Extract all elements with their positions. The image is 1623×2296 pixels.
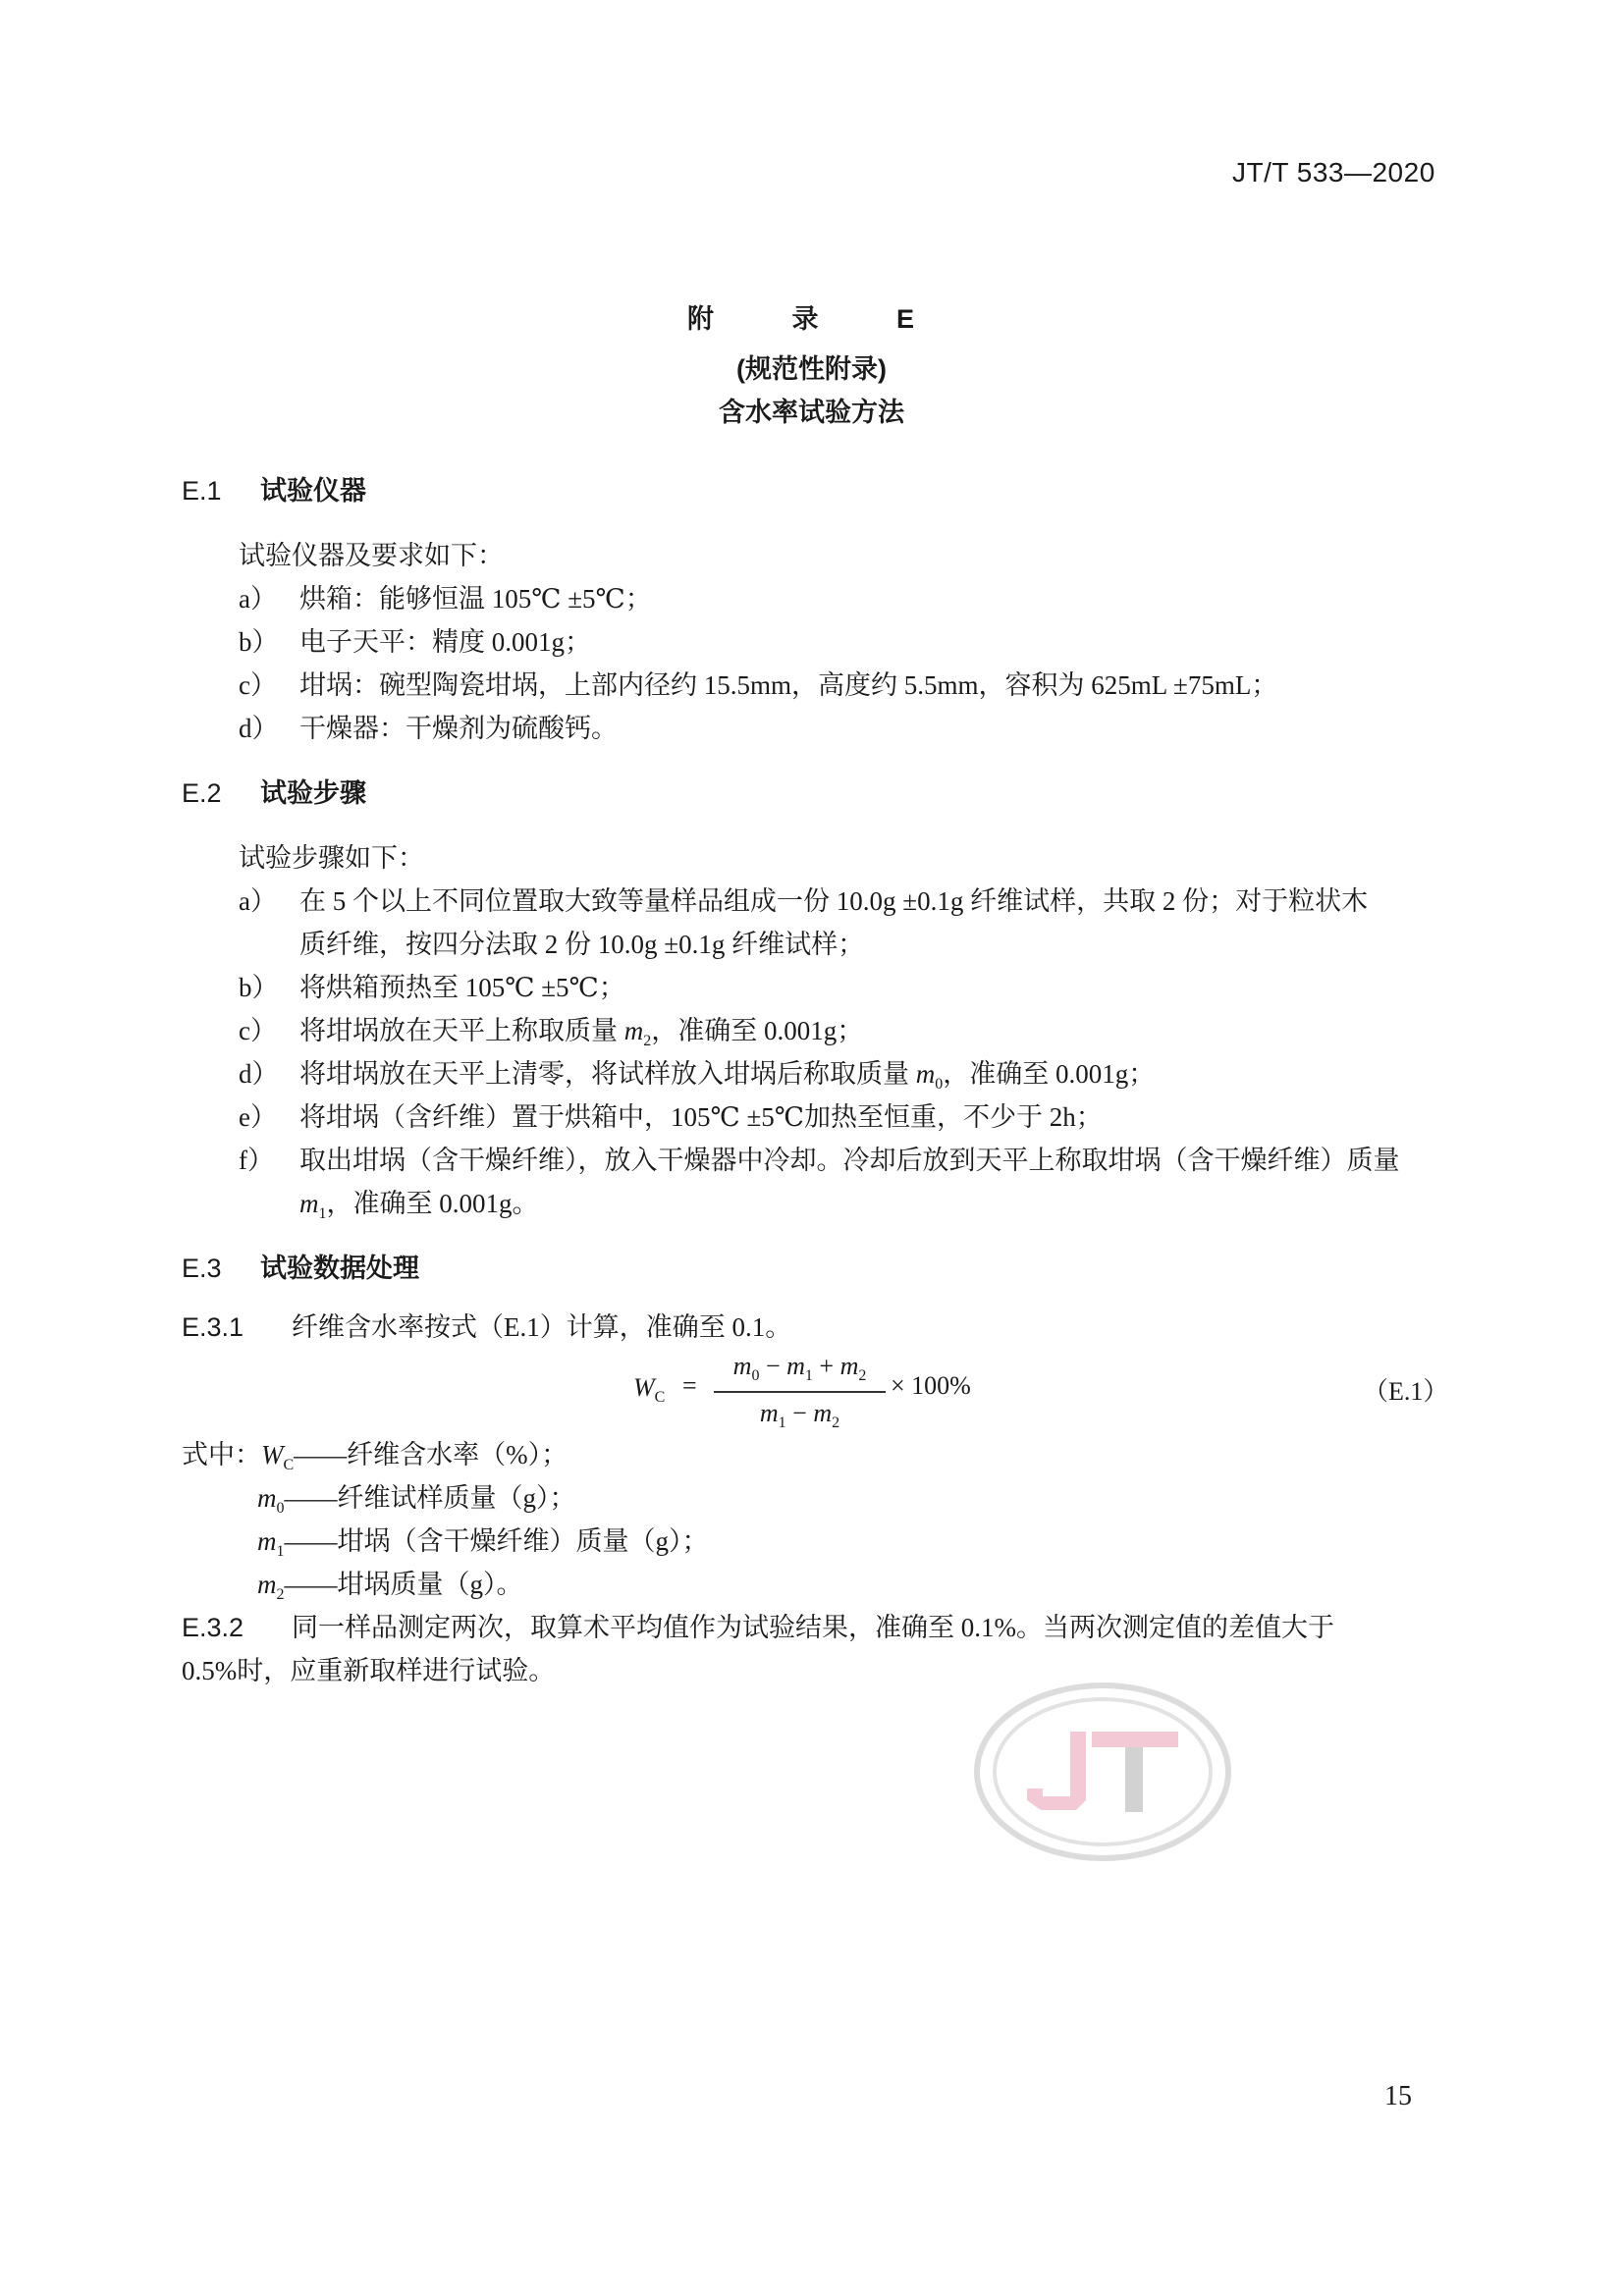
math-variable: W: [261, 1440, 284, 1469]
list-item-label: d）: [239, 707, 279, 745]
page-number: 15: [1384, 2081, 1412, 2112]
math-subscript: 0: [277, 1500, 285, 1517]
formula-fraction: m0 − m1 + m2 m1 − m2: [714, 1352, 886, 1432]
list-item-label: f）: [239, 1139, 274, 1177]
math-subscript: C: [655, 1389, 666, 1406]
list-item-text-continued: m1，准确至 0.001g。: [299, 1182, 539, 1223]
where-description: ——坩埚（含干燥纤维）质量（g）；: [285, 1526, 709, 1556]
where-item: m0——纤维试样质量（g）；: [257, 1476, 576, 1518]
list-item-text: 烘箱：能够恒温 105℃ ±5℃；: [299, 577, 652, 615]
list-item-label: b）: [239, 966, 279, 1004]
list-item-label: a）: [239, 577, 277, 615]
math-variable: m: [257, 1526, 277, 1556]
math-variable: m: [813, 1399, 832, 1427]
formula-multiplier: × 100%: [891, 1371, 971, 1401]
section-heading-e3: E.3试验数据处理: [182, 1247, 419, 1285]
text-segment: 将坩埚放在天平上称取质量: [299, 1016, 624, 1045]
math-operator: −: [786, 1399, 814, 1427]
list-item-text: 坩埚：碗型陶瓷坩埚，上部内径约 15.5mm，高度约 5.5mm，容积为 625…: [299, 664, 1277, 702]
formula-lhs: WC: [633, 1373, 665, 1407]
math-operator: +: [813, 1352, 840, 1380]
list-item-label: b）: [239, 620, 279, 659]
clause-e32: E.3.2同一样品测定两次，取算术平均值作为试验结果，准确至 0.1%。当两次测…: [182, 1606, 1334, 1644]
section-title: 试验数据处理: [260, 1254, 419, 1283]
jt-watermark-logo: [970, 1681, 1235, 1867]
annex-subtitle: (规范性附录): [0, 347, 1623, 386]
section-title: 试验仪器: [260, 476, 366, 506]
math-variable: m: [760, 1399, 779, 1427]
math-subscript: 1: [805, 1367, 813, 1384]
where-description: ——坩埚质量（g）。: [285, 1570, 523, 1599]
math-variable: m: [786, 1352, 805, 1380]
annex-title: 附 录 E: [0, 297, 1623, 336]
where-item: 式中：WC——纤维含水率（%）；: [182, 1433, 568, 1474]
document-page: JT/T 533—2020 附 录 E (规范性附录) 含水率试验方法 E.1试…: [0, 0, 1623, 2296]
formula-number: （E.1）: [1363, 1371, 1448, 1408]
math-variable: m: [299, 1189, 319, 1218]
text-segment: ，准确至 0.001g。: [327, 1189, 539, 1218]
math-variable: m: [916, 1059, 936, 1089]
math-subscript: 1: [319, 1205, 327, 1222]
list-item-text: 电子天平：精度 0.001g；: [299, 620, 591, 659]
math-variable: m: [257, 1483, 277, 1513]
standard-number: JT/T 533—2020: [1232, 157, 1435, 188]
where-prefix: 式中：: [182, 1440, 261, 1469]
section-heading-e2: E.2试验步骤: [182, 772, 366, 810]
math-variable: W: [633, 1373, 655, 1402]
text-segment: ，准确至 0.001g；: [651, 1016, 863, 1045]
list-item-text-continued: 质纤维，按四分法取 2 份 10.0g ±0.1g 纤维试样；: [299, 923, 864, 961]
where-item: m1——坩埚（含干燥纤维）质量（g）；: [257, 1520, 709, 1561]
list-item-label: d）: [239, 1052, 279, 1091]
text-segment: ，准确至 0.001g；: [943, 1059, 1155, 1089]
text-segment: 将坩埚放在天平上清零，将试样放入坩埚后称取质量: [299, 1059, 916, 1089]
clause-e32-continued: 0.5%时，应重新取样进行试验。: [182, 1649, 555, 1687]
math-subscript: 1: [779, 1415, 786, 1431]
formula-numerator: m0 − m1 + m2: [714, 1352, 886, 1385]
clause-text: 同一样品测定两次，取算术平均值作为试验结果，准确至 0.1%。当两次测定值的差值…: [292, 1613, 1334, 1642]
list-item-text: 将坩埚放在天平上清零，将试样放入坩埚后称取质量 m0，准确至 0.001g；: [299, 1052, 1155, 1094]
list-item-label: a）: [239, 880, 277, 918]
math-subscript: 2: [858, 1367, 866, 1384]
list-item-label: e）: [239, 1095, 277, 1134]
section-heading-e1: E.1试验仪器: [182, 469, 366, 507]
section-number: E.2: [182, 778, 260, 809]
fraction-bar: [714, 1391, 886, 1393]
clause-text: 纤维含水率按式（E.1）计算，准确至 0.1。: [292, 1312, 791, 1342]
where-description: ——纤维含水率（%）；: [294, 1440, 568, 1469]
formula-equals: =: [682, 1371, 697, 1401]
section-number: E.3: [182, 1254, 260, 1284]
jt-logo-icon: [970, 1681, 1235, 1867]
math-subscript: 2: [277, 1586, 285, 1603]
list-item-label: c）: [239, 1009, 277, 1047]
formula-denominator: m1 − m2: [714, 1399, 886, 1432]
list-item-text: 取出坩埚（含干燥纤维），放入干燥器中冷却。冷却后放到天平上称取坩埚（含干燥纤维）…: [299, 1139, 1400, 1177]
e2-intro: 试验步骤如下：: [239, 836, 424, 875]
e1-intro: 试验仪器及要求如下：: [239, 534, 504, 572]
list-item-text: 将烘箱预热至 105℃ ±5℃；: [299, 966, 625, 1004]
annex-name: 含水率试验方法: [0, 391, 1623, 429]
clause-number: E.3.1: [182, 1312, 292, 1343]
math-variable: m: [840, 1352, 859, 1380]
list-item-text: 干燥器：干燥剂为硫酸钙。: [299, 707, 618, 745]
where-item: m2——坩埚质量（g）。: [257, 1563, 523, 1604]
math-variable: m: [624, 1016, 644, 1045]
math-operator: −: [759, 1352, 786, 1380]
list-item-text: 在 5 个以上不同位置取大致等量样品组成一份 10.0g ±0.1g 纤维试样，…: [299, 880, 1368, 918]
where-description: ——纤维试样质量（g）；: [285, 1483, 576, 1513]
math-variable: m: [733, 1352, 752, 1380]
clause-number: E.3.2: [182, 1613, 292, 1643]
clause-e31: E.3.1纤维含水率按式（E.1）计算，准确至 0.1。: [182, 1306, 791, 1344]
list-item-label: c）: [239, 664, 277, 702]
math-subscript: 2: [832, 1415, 839, 1431]
section-number: E.1: [182, 476, 260, 507]
math-subscript: C: [284, 1457, 295, 1473]
list-item-text: 将坩埚（含纤维）置于烘箱中，105℃ ±5℃加热至恒重，不少于 2h；: [299, 1095, 1103, 1134]
math-subscript: 1: [277, 1543, 285, 1560]
list-item-text: 将坩埚放在天平上称取质量 m2，准确至 0.001g；: [299, 1009, 863, 1050]
math-variable: m: [257, 1570, 277, 1599]
section-title: 试验步骤: [260, 778, 366, 808]
